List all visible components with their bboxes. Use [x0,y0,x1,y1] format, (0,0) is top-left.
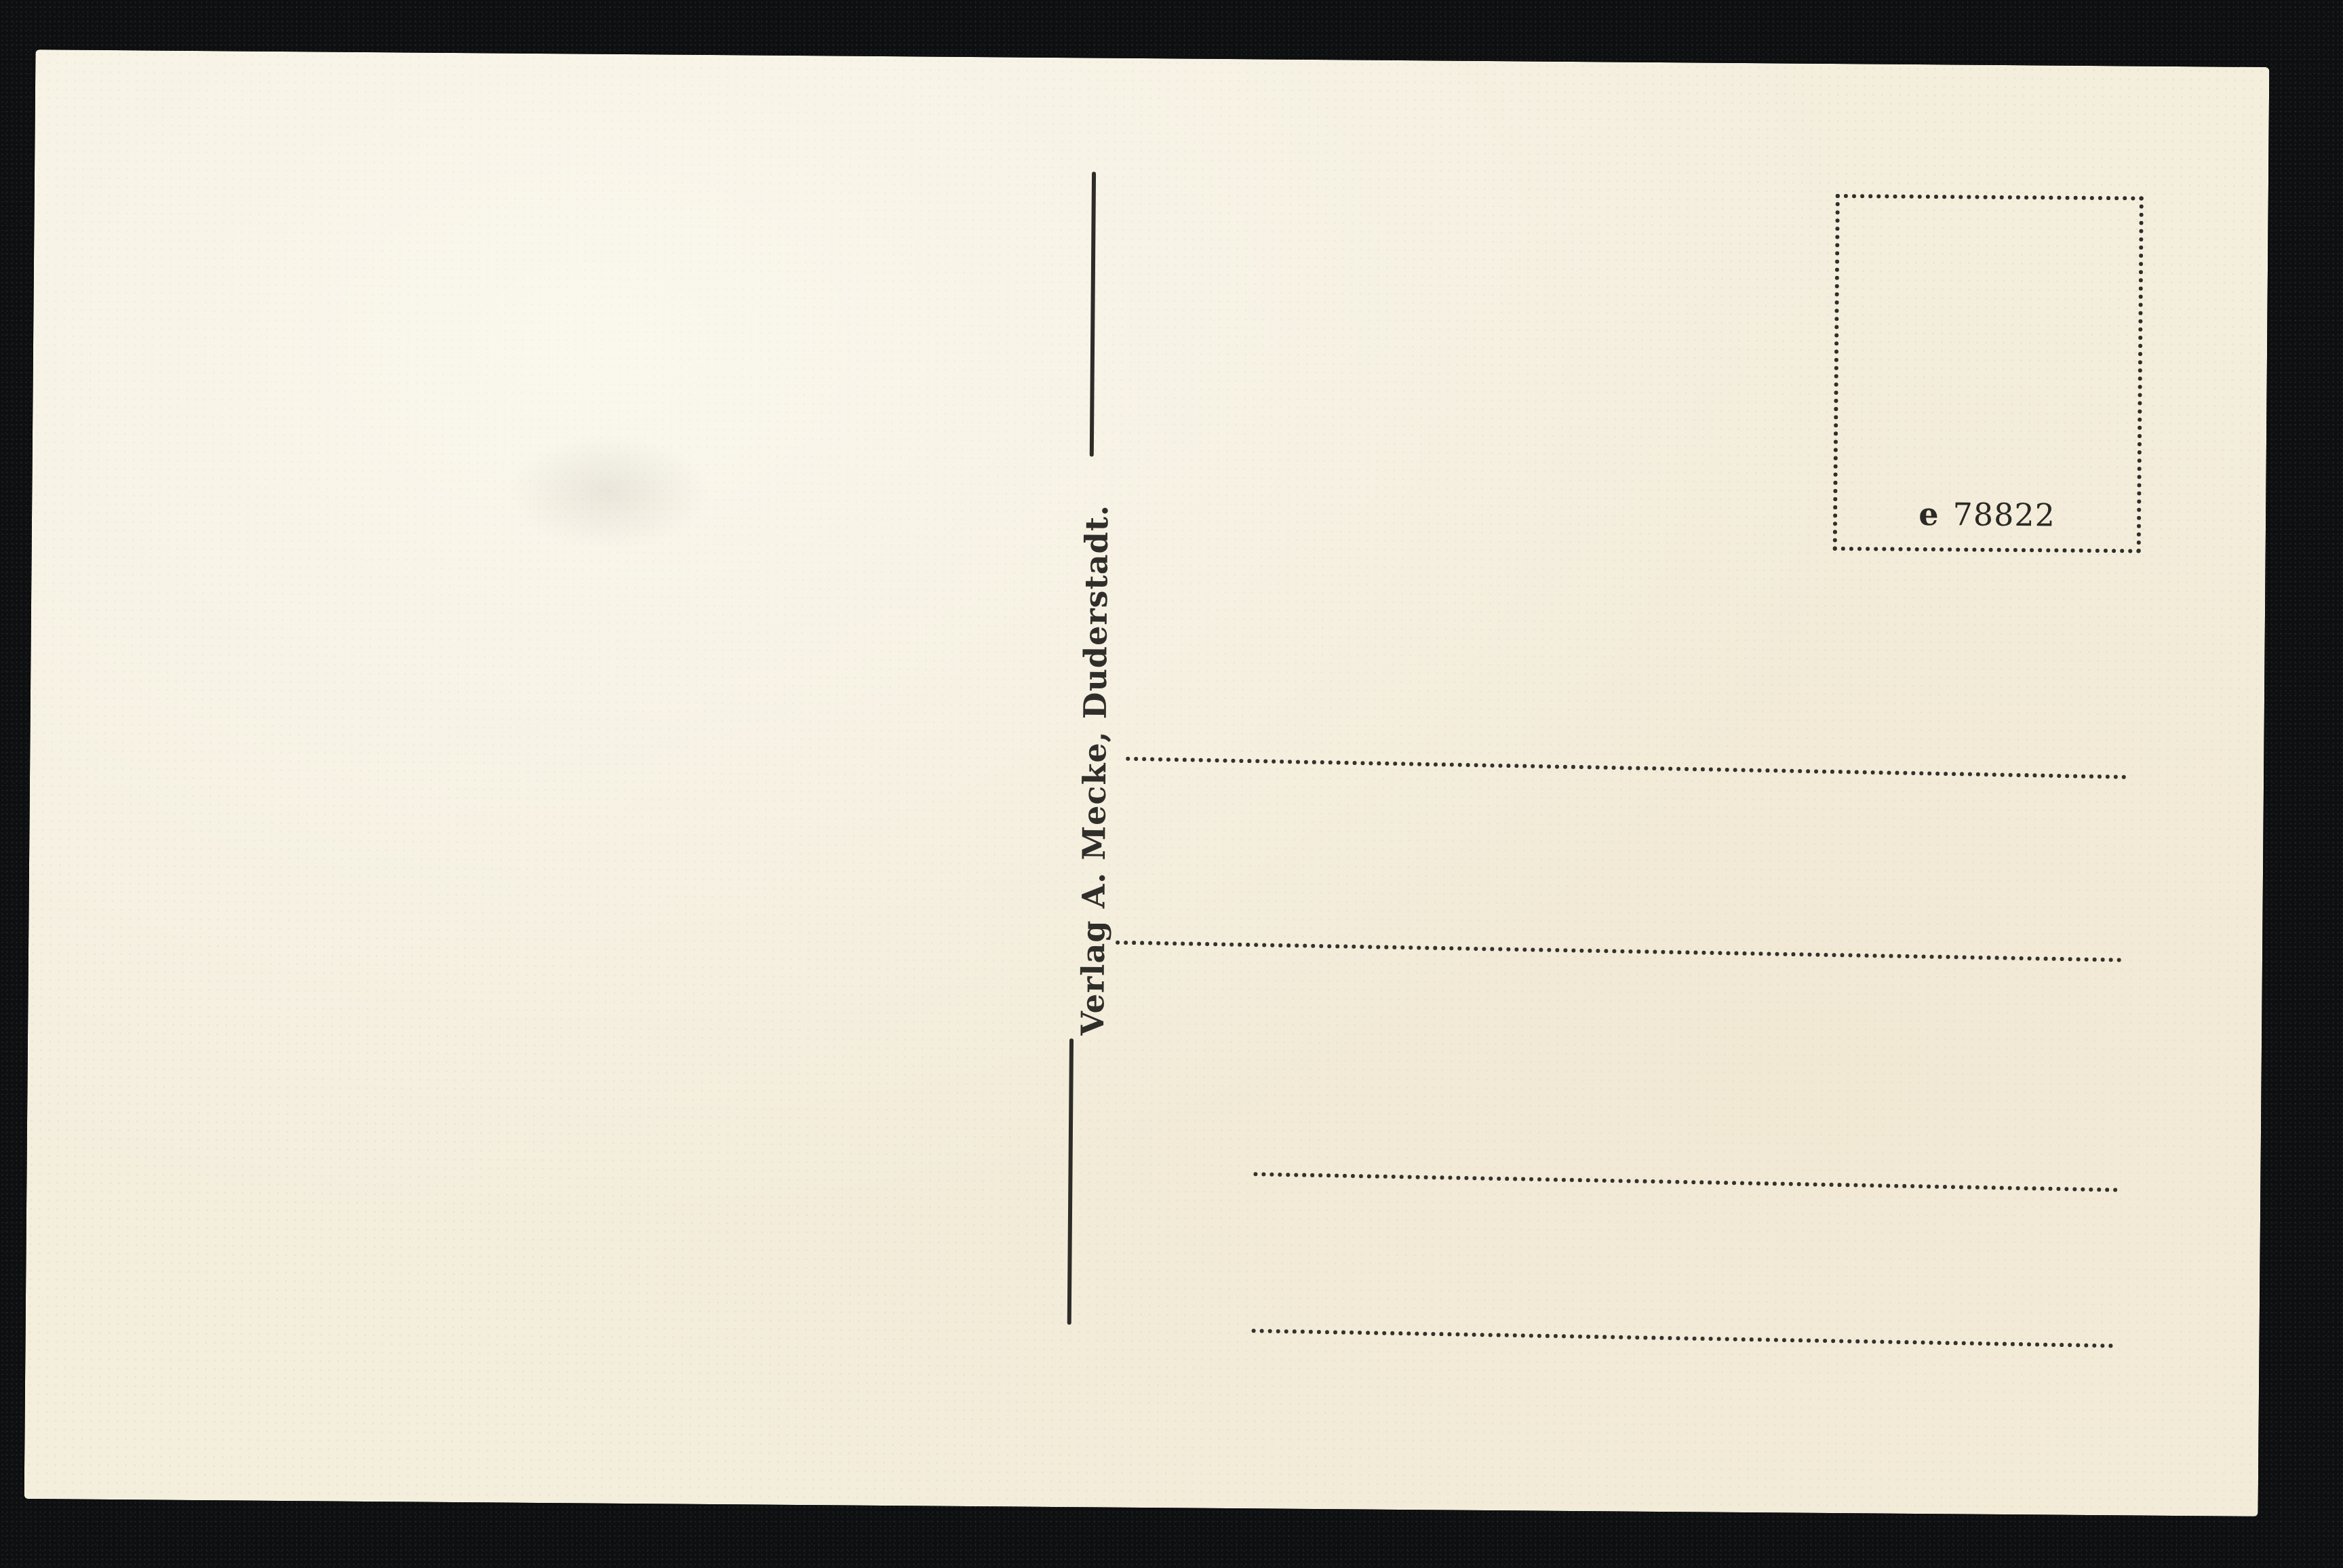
address-line-1 [1126,757,2127,779]
address-line-2 [1116,941,2122,962]
serial-prefix: e [1918,496,1940,532]
postcard-back: Verlag A. Mecke, Duderstadt. e78822 [24,50,2270,1516]
address-line-4 [1252,1329,2114,1348]
divider-line-upper [1090,172,1096,456]
stamp-placeholder-box: e78822 [1833,194,2144,553]
publisher-imprint: Verlag A. Mecke, Duderstadt. [1074,505,1115,1036]
serial-digits: 78822 [1952,496,2055,533]
address-line-3 [1253,1172,2118,1192]
divider-line-lower [1067,1038,1074,1325]
serial-number: e78822 [1837,495,2137,534]
ink-bleed-through [507,433,711,550]
